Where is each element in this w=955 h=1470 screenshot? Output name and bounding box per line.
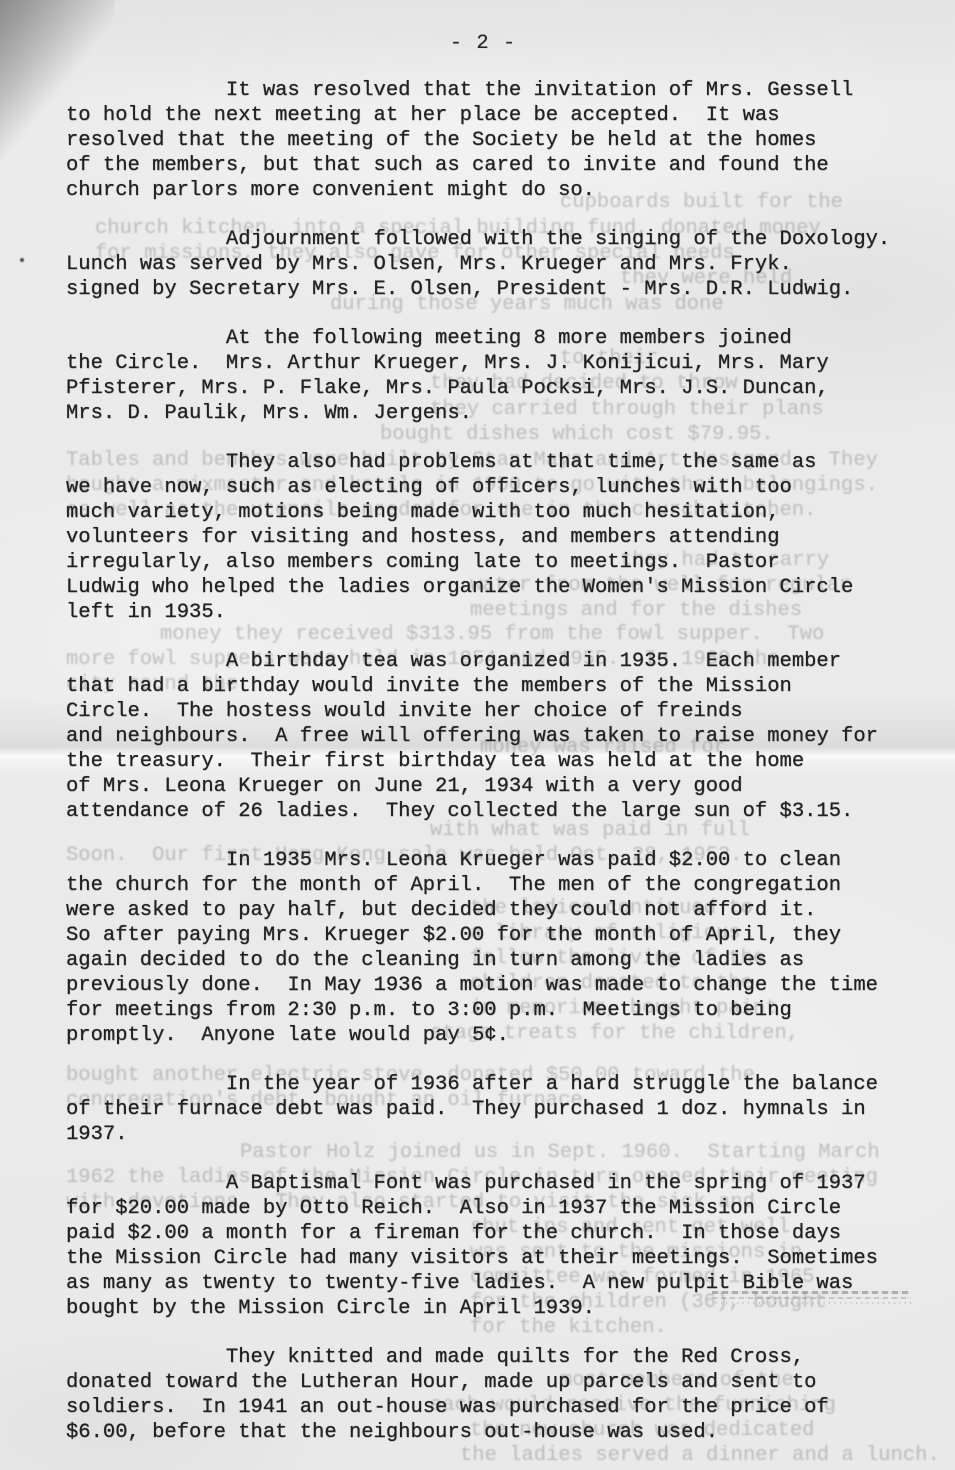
scanned-page: cupboards built for thechurch kitchen, i… xyxy=(0,0,955,1470)
typed-line: and neighbours. A free will offering was… xyxy=(66,724,926,749)
typed-line: So after paying Mrs. Krueger $2.00 for t… xyxy=(66,923,926,948)
typed-line: promptly. Anyone late would pay 5¢. xyxy=(66,1023,926,1048)
typed-line: $6.00, before that the neighbours out-ho… xyxy=(66,1420,926,1445)
typed-line: They knitted and made quilts for the Red… xyxy=(66,1345,926,1370)
typed-line: church parlors more convenient might do … xyxy=(66,178,926,203)
paragraph: They knitted and made quilts for the Red… xyxy=(66,1345,926,1445)
typed-line: attendance of 26 ladies. They collected … xyxy=(66,799,926,824)
watermark-text: ········································… xyxy=(714,1301,914,1308)
typed-line: Mrs. D. Paulik, Mrs. Wm. Jergens. xyxy=(66,401,926,426)
typed-line: of their furnace debt was paid. They pur… xyxy=(66,1097,926,1122)
paragraph: In the year of 1936 after a hard struggl… xyxy=(66,1072,926,1147)
typed-line: paid $2.00 a month for a fireman for the… xyxy=(66,1221,926,1246)
typed-line: that had a birthday would invite the mem… xyxy=(66,674,926,699)
paragraph: It was resolved that the invitation of M… xyxy=(66,78,926,203)
page-number: - 2 - xyxy=(0,32,955,55)
typed-line: At the following meeting 8 more members … xyxy=(66,326,926,351)
typed-line: A Baptismal Font was purchased in the sp… xyxy=(66,1171,926,1196)
typed-line: It was resolved that the invitation of M… xyxy=(66,78,926,103)
typed-line: previously done. In May 1936 a motion wa… xyxy=(66,973,926,998)
typed-line: of Mrs. Leona Krueger on June 21, 1934 w… xyxy=(66,774,926,799)
typed-line: soldiers. In 1941 an out-house was purch… xyxy=(66,1395,926,1420)
typed-line: left in 1935. xyxy=(66,600,926,625)
typed-line: In the year of 1936 after a hard struggl… xyxy=(66,1072,926,1097)
paragraph: They also had problems at that time, the… xyxy=(66,450,926,625)
typed-line: to hold the next meeting at her place be… xyxy=(66,103,926,128)
typed-line: irregularly, also members coming late to… xyxy=(66,550,926,575)
typed-line: again decided to do the cleaning in turn… xyxy=(66,948,926,973)
typed-line: signed by Secretary Mrs. E. Olsen, Presi… xyxy=(66,277,926,302)
paragraph: A birthday tea was organized in 1935. Ea… xyxy=(66,649,926,824)
typed-line: the church for the month of April. The m… xyxy=(66,873,926,898)
typed-line: the Circle. Mrs. Arthur Krueger, Mrs. J.… xyxy=(66,351,926,376)
ink-speck xyxy=(20,258,24,262)
typed-line: Pfisterer, Mrs. P. Flake, Mrs. Paula Poc… xyxy=(66,376,926,401)
typed-line: for meetings from 2:30 p.m. to 3:00 p.m.… xyxy=(66,998,926,1023)
typed-line: we have now, such as electing of officer… xyxy=(66,475,926,500)
typed-line: 1937. xyxy=(66,1122,926,1147)
typed-line: the treasury. Their first birthday tea w… xyxy=(66,749,926,774)
paragraph: In 1935 Mrs. Leona Krueger was paid $2.0… xyxy=(66,848,926,1048)
typed-line: Lunch was served by Mrs. Olsen, Mrs. Kru… xyxy=(66,252,926,277)
typed-line: for $20.00 made by Otto Reich. Also in 1… xyxy=(66,1196,926,1221)
typed-line: resolved that the meeting of the Society… xyxy=(66,128,926,153)
typed-line: were asked to pay half, but decided they… xyxy=(66,898,926,923)
typed-line: of the members, but that such as cared t… xyxy=(66,153,926,178)
paragraph: A Baptismal Font was purchased in the sp… xyxy=(66,1171,926,1321)
typed-line: They also had problems at that time, the… xyxy=(66,450,926,475)
typed-line: Circle. The hostess would invite her cho… xyxy=(66,699,926,724)
typed-line: In 1935 Mrs. Leona Krueger was paid $2.0… xyxy=(66,848,926,873)
typed-line: bought by the Mission Circle in April 19… xyxy=(66,1296,926,1321)
typed-line: the Mission Circle had many visitors at … xyxy=(66,1246,926,1271)
typed-line: donated toward the Lutheran Hour, made u… xyxy=(66,1370,926,1395)
typed-line: as many as twenty to twenty-five ladies.… xyxy=(66,1271,926,1296)
typed-line: much variety, motions being made with to… xyxy=(66,500,926,525)
typed-line: Adjournment followed with the singing of… xyxy=(66,227,926,252)
typed-line: A birthday tea was organized in 1935. Ea… xyxy=(66,649,926,674)
paragraph: Adjournment followed with the singing of… xyxy=(66,227,926,302)
typed-line: volunteers for visiting and hostess, and… xyxy=(66,525,926,550)
typed-line: Ludwig who helped the ladies organize th… xyxy=(66,575,926,600)
paragraph: At the following meeting 8 more members … xyxy=(66,326,926,426)
typed-text-column: It was resolved that the invitation of M… xyxy=(66,78,926,1469)
